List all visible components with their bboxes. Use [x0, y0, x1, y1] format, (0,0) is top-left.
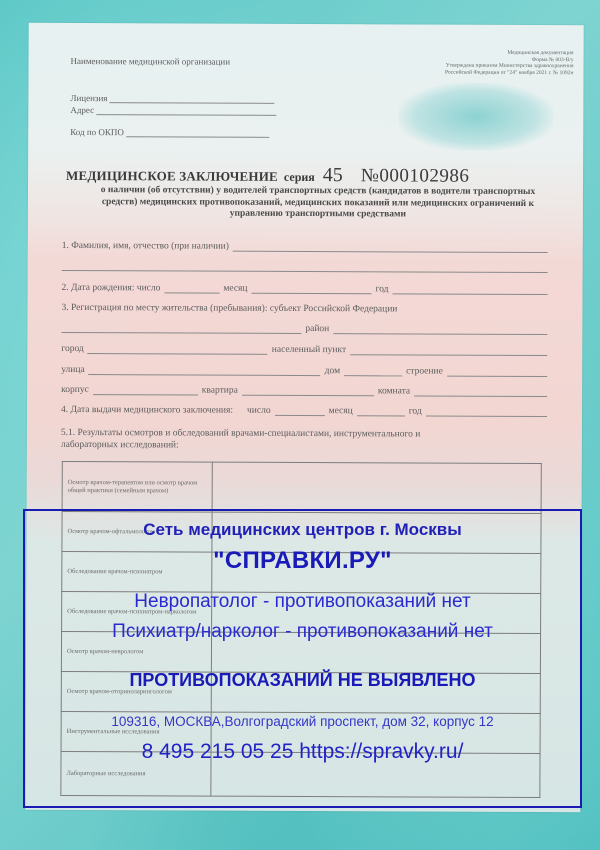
- row-label: Осмотр врачом-терапевтом или осмотр врач…: [62, 461, 212, 512]
- issue-year-line[interactable]: [426, 407, 547, 418]
- org-name-label: Наименование медицинской организации: [71, 56, 231, 67]
- building-line[interactable]: [447, 367, 547, 377]
- stamp-brand: "СПРАВКИ.РУ": [25, 547, 580, 575]
- certificate-number: №000102986: [361, 165, 470, 187]
- title-text: МЕДИЦИНСКОЕ ЗАКЛЮЧЕНИЕ: [66, 168, 278, 185]
- table-row: Осмотр врачом-терапевтом или осмотр врач…: [62, 461, 541, 513]
- license-line[interactable]: [109, 94, 274, 104]
- locality-label: населенный пункт: [272, 345, 346, 355]
- clinic-stamp-overlay: Сеть медицинских центров г. Москвы "СПРА…: [23, 509, 582, 808]
- apartment-label: квартира: [202, 386, 238, 396]
- korpus-label: корпус: [61, 385, 89, 395]
- issue-year-label: год: [409, 406, 422, 416]
- approval-line: Российской Федерации от "24" ноября 2021…: [408, 69, 573, 76]
- apartment-line[interactable]: [242, 386, 374, 397]
- issue-day-line[interactable]: [275, 406, 325, 416]
- street-label: улица: [61, 365, 85, 375]
- full-name-row-2: [62, 261, 552, 273]
- birth-month-label: месяц: [223, 284, 247, 294]
- city-row: город населенный пункт: [61, 344, 551, 356]
- house-label: дом: [325, 366, 340, 376]
- region-line[interactable]: [61, 323, 301, 334]
- address-label: Адрес: [70, 105, 94, 115]
- issue-month-line[interactable]: [357, 406, 405, 416]
- building-label: строение: [406, 366, 443, 376]
- issue-month-label: месяц: [329, 406, 353, 416]
- full-name-line-2[interactable]: [62, 261, 548, 273]
- okpo-label: Код по ОКПО: [70, 127, 124, 137]
- district-line[interactable]: [333, 324, 547, 335]
- license-label: Лицензия: [70, 93, 107, 103]
- full-name-label: 1. Фамилия, имя, отчество (при наличии): [62, 241, 229, 252]
- certificate-subtitle: о наличии (об отсутствии) у водителей тр…: [88, 185, 548, 222]
- series-value: 45: [323, 164, 343, 187]
- house-line[interactable]: [344, 366, 402, 376]
- stamp-psychiatrist: Психиатр/нарколог - противопоказаний нет: [25, 621, 580, 643]
- birth-day-label: 2. Дата рождения: число: [62, 283, 161, 293]
- birth-date-row: 2. Дата рождения: число месяц год: [62, 283, 552, 295]
- korpus-line[interactable]: [93, 385, 198, 395]
- stamp-address: 109316, МОСКВА,Волгоградский проспект, д…: [25, 714, 580, 729]
- stamp-verdict: ПРОТИВОПОКАЗАНИЙ НЕ ВЫЯВЛЕНО: [25, 670, 580, 691]
- birth-day-line[interactable]: [164, 283, 219, 293]
- korpus-row: корпус квартира комната: [61, 385, 551, 397]
- district-row: район: [61, 323, 551, 335]
- stamp-neurologist: Невропатолог - противопоказаний нет: [25, 591, 580, 613]
- locality-line[interactable]: [350, 345, 547, 356]
- full-name-line[interactable]: [233, 242, 548, 253]
- address-field: Адрес: [70, 105, 276, 116]
- okpo-line[interactable]: [126, 128, 269, 138]
- license-field: Лицензия: [70, 93, 274, 104]
- room-label: комната: [378, 386, 410, 396]
- row-value[interactable]: [212, 462, 541, 513]
- issue-day-label: число: [247, 406, 271, 416]
- room-line[interactable]: [414, 386, 547, 397]
- district-label: район: [305, 324, 329, 334]
- issue-date-row: 4. Дата выдачи медицинского заключения: …: [61, 405, 551, 417]
- section-5-1-label: 5.1. Результаты осмотров и обследований …: [61, 427, 461, 453]
- stamp-network: Сеть медицинских центров г. Москвы: [25, 520, 580, 540]
- city-line[interactable]: [88, 344, 268, 355]
- registration-label: 3. Регистрация по месту жительства (преб…: [61, 303, 397, 314]
- approval-note: Медицинская документация Форма № 003-В/у…: [408, 49, 573, 76]
- street-row: улица дом строение: [61, 365, 551, 377]
- street-line[interactable]: [89, 365, 321, 376]
- okpo-field: Код по ОКПО: [70, 127, 269, 138]
- birth-month-line[interactable]: [251, 284, 371, 295]
- birth-year-line[interactable]: [392, 284, 547, 295]
- stamp-contact[interactable]: 8 495 215 05 25 https://spravky.ru/: [25, 740, 580, 764]
- seal-stain: [398, 82, 553, 151]
- full-name-row: 1. Фамилия, имя, отчество (при наличии): [62, 241, 552, 253]
- series-label: серия: [284, 170, 315, 185]
- address-line[interactable]: [96, 106, 276, 116]
- issue-date-label: 4. Дата выдачи медицинского заключения:: [61, 405, 233, 416]
- registration-row: 3. Регистрация по месту жительства (преб…: [61, 303, 551, 315]
- city-label: город: [61, 344, 84, 354]
- birth-year-label: год: [375, 284, 388, 294]
